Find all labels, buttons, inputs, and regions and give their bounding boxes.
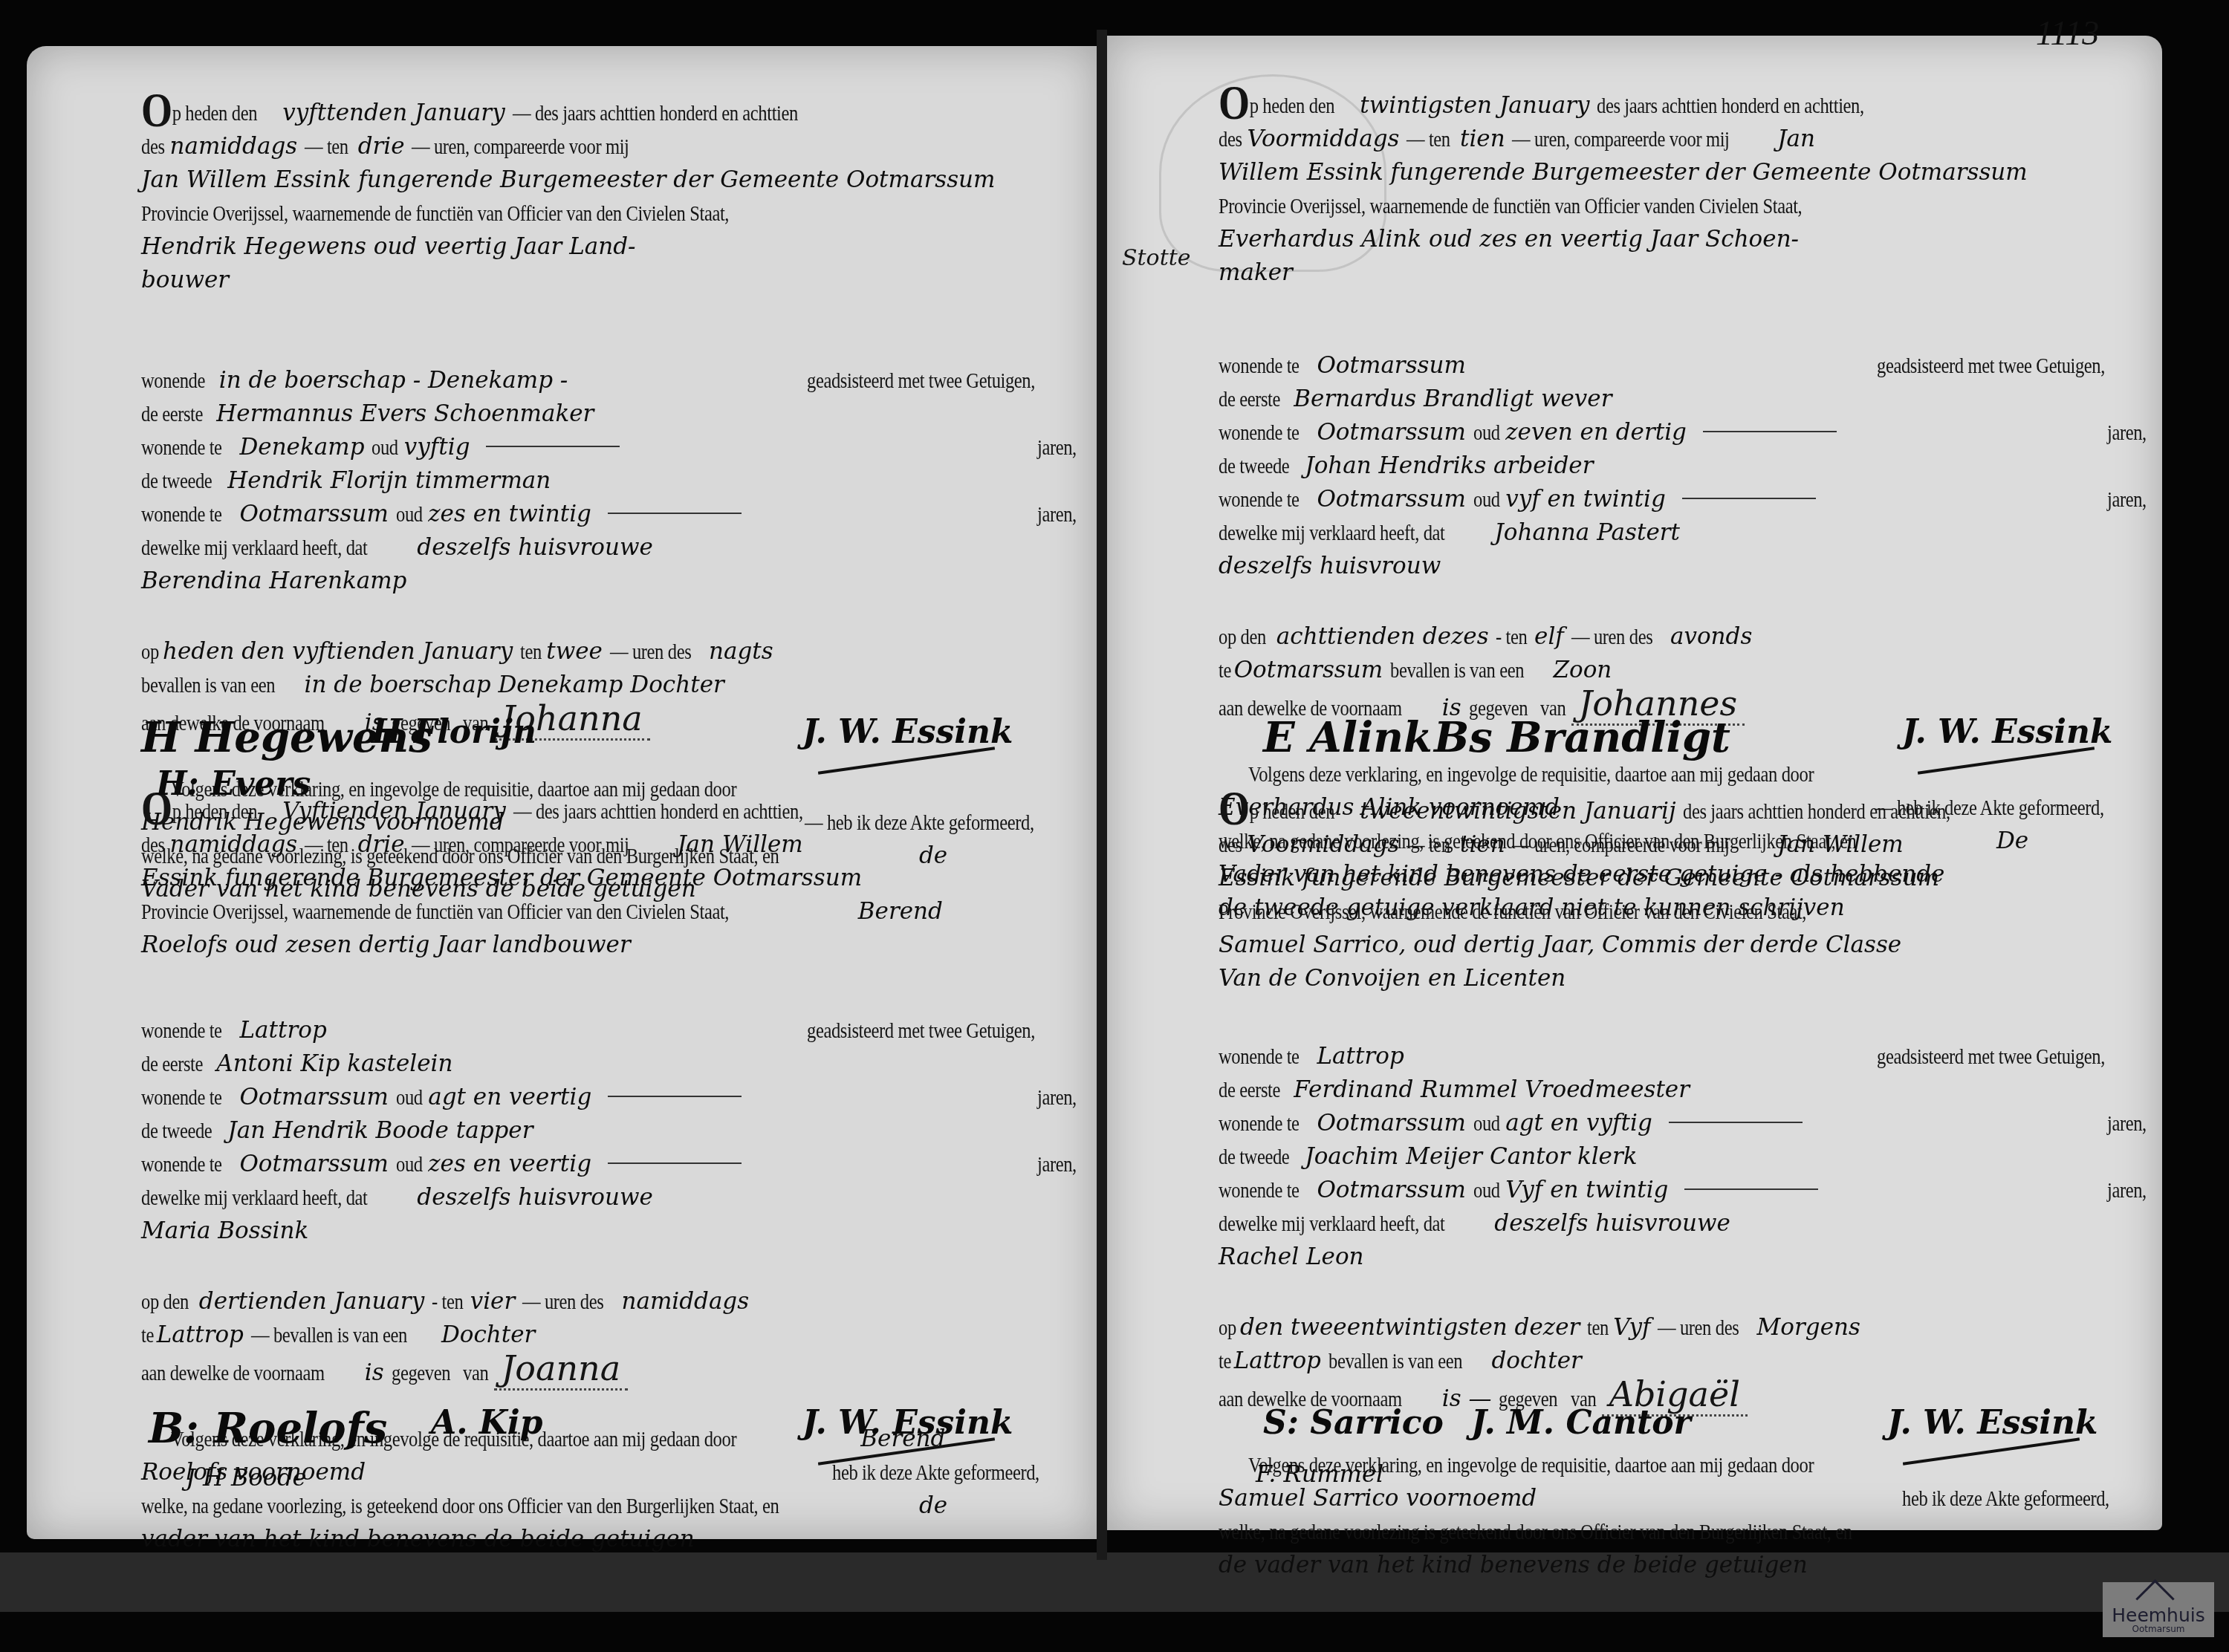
printed-text: wonende te [1219, 1107, 1300, 1140]
printed-text: jaren, [1037, 1148, 1077, 1181]
residence-line: wonende te Lattrop geadsisteerd met twee… [141, 1014, 1085, 1047]
closing-line-4: de vader van het kind benevens de beide … [1219, 1549, 2155, 1582]
act-header-line: Essink fungerende Burgemeester der Gemee… [141, 862, 1085, 895]
handwritten-text: twintigsten January [1360, 92, 1597, 119]
handwritten-text: Morgens [1757, 1314, 1860, 1341]
printed-text: geadsisteerd met twee Getuigen, [807, 1014, 1035, 1047]
fill-line [1682, 498, 1816, 499]
handwritten-text: drie [358, 831, 412, 858]
witness-name: Hendrik Florijn timmerman [227, 467, 551, 494]
printed-text: dewelke mij verklaard heeft, dat [141, 531, 367, 565]
birth-line1: op den achttienden dezes - ten elf — ure… [1219, 620, 2155, 654]
printed-text: jaren, [1037, 431, 1077, 464]
handwritten-text: heden den vyftienden January [163, 638, 520, 665]
birth-line3: aan dewelke de voornaam is gegeven van J… [141, 1352, 1085, 1385]
act-header-line: Roelofs oud zesen dertig Jaar landbouwer [141, 929, 1085, 962]
fill-line [608, 1162, 742, 1164]
printed-text: wonende te [1219, 1174, 1300, 1207]
printed-text: jaren, [2107, 416, 2147, 449]
act-header-line: Op heden den tweeentwintigsten Januarij … [1219, 795, 2155, 828]
printed-text: — uren des [1571, 620, 1652, 654]
printed-text: oud [396, 1081, 423, 1114]
printed-text: geadsisteerd met twee Getuigen, [1877, 349, 2105, 383]
residence-line: wonende te Ootmarssum geadsisteerd met t… [1219, 349, 2155, 383]
closing-line-3: welke, na gedane voorlezing, is geteeken… [141, 1489, 1085, 1523]
handwritten-text: Van de Convoijen en Licenten [1219, 965, 1566, 992]
handwritten-text: Ootmarssum [1234, 657, 1390, 683]
printed-text: — ten [1406, 828, 1450, 862]
printed-text: wonende te [1219, 483, 1300, 516]
handwritten-text: Samuel Sarrico, oud dertig Jaar, Commis … [1219, 931, 1901, 958]
witness-first-residence: wonende te Denekamp oud vyftig jaren, [141, 431, 1085, 464]
handwritten-text: Lattrop [157, 1321, 251, 1348]
declaration-line: dewelke mij verklaard heeft, dat deszelf… [141, 1181, 1085, 1214]
witness-second-residence: wonende te Ootmarssum oud vyf en twintig… [1219, 483, 2155, 516]
handwritten-residence: in de boerschap - Denekamp - [219, 367, 568, 394]
signature: S: Sarrico [1263, 1404, 1444, 1442]
printed-text: — uren des [522, 1285, 603, 1318]
printed-text: de eerste [1219, 383, 1280, 416]
printed-text: geadsisteerd met twee Getuigen, [1877, 1040, 2105, 1073]
printed-text: heb ik deze Akte geformeerd, [832, 1456, 1039, 1489]
handwritten-text: Jan Willem [677, 831, 803, 858]
printed-text: — uren, compareerde voor mij [412, 828, 629, 862]
birth-line2: te Lattrop bevallen is van een dochter [1219, 1344, 2155, 1378]
printed-text: jaren, [2107, 483, 2147, 516]
printed-text: de tweede [1219, 1140, 1289, 1174]
printed-text: oud [396, 498, 423, 531]
witness-place: Ootmarssum [1317, 486, 1473, 513]
printed-text: oud [371, 431, 398, 464]
printed-text: Volgens deze verklaring, en ingevolge de… [1248, 758, 1814, 791]
printed-text: des [1219, 123, 1242, 156]
act-header-line: Op heden den vyfttenden January — des ja… [141, 97, 1085, 130]
witness-age: vyftig [404, 434, 478, 461]
act-header-line: Essink fungerende Burgemeester der Gemee… [1219, 862, 2155, 895]
act-header-line: Samuel Sarrico, oud dertig Jaar, Commis … [1219, 929, 2155, 962]
act-header-line: des Voormiddags — ten tien — uren, compa… [1219, 123, 2155, 156]
printed-text: dewelke mij verklaard heeft, dat [1219, 516, 1444, 550]
witness-place: Ootmarssum [1317, 1177, 1473, 1203]
handwritten-text: namiddags [170, 133, 305, 160]
declaration-line: dewelke mij verklaard heeft, dat deszelf… [1219, 1207, 2155, 1240]
handwritten-text: Zoon [1554, 657, 1612, 683]
witness-name: Johan Hendriks arbeider [1305, 452, 1593, 479]
printed-text: heb ik deze Akte geformeerd, [1902, 1482, 2109, 1515]
printed-text: bevallen is van een [1390, 654, 1524, 687]
printed-text: de tweede [1219, 449, 1289, 483]
printed-text: ten [1587, 1311, 1609, 1344]
printed-text: wonende te [1219, 349, 1300, 383]
printed-text: Provincie Overijssel, waarnemende de fun… [1219, 895, 1806, 929]
handwritten-residence: Lattrop [1317, 1043, 1404, 1070]
signature: J. W. Essink [1887, 1404, 2098, 1442]
act-header-line: bouwer [141, 264, 1085, 297]
residence-line: wonende in de boerschap - Denekamp - gea… [141, 364, 1085, 397]
witness-first: de eerste Antoni Kip kastelein [141, 1047, 1085, 1081]
mother-line: deszelfs huisvrouw [1219, 550, 2155, 583]
handwritten-text: maker [1219, 259, 1293, 286]
act-header-line: Op heden den twintigsten January des jaa… [1219, 89, 2155, 123]
printed-text: de eerste [1219, 1073, 1280, 1107]
witness-first: de eerste Bernardus Brandligt wever [1219, 383, 2155, 416]
handwritten-text: de vader van het kind benevens de beide … [1219, 1552, 1808, 1578]
printed-text: de eerste [141, 397, 203, 431]
witness-place: Ootmarssum [1317, 1110, 1473, 1136]
printed-text: des [141, 828, 165, 862]
act-header-line: Provincie Overijssel, waarnemende de fun… [1219, 895, 2155, 929]
handwritten-text: Jan [1777, 126, 1815, 152]
printed-text: - ten [432, 1285, 463, 1318]
witness-name: Hermannus Evers Schoenmaker [216, 400, 594, 427]
printed-text: gegeven [392, 1356, 450, 1390]
witness-second-residence: wonende te Ootmarssum oud zes en veertig… [141, 1148, 1085, 1181]
logo-name: Heemhuis [2103, 1604, 2214, 1626]
witness-age: zes en veertig [428, 1151, 599, 1177]
printed-text: oud [396, 1148, 423, 1181]
printed-text: welke, na gedane voorlezing, is geteeken… [141, 1489, 779, 1523]
printed-text: te [1219, 1344, 1231, 1378]
birth-line1: op den tweeentwintigsten dezer ten Vyf —… [1219, 1311, 2155, 1344]
witness-name: Ferdinand Rummel Vroedmeester [1294, 1076, 1690, 1103]
handwritten-text: namiddags [621, 1288, 749, 1315]
signature: H Florijn [371, 713, 536, 751]
closing-line-3: welke, na gedane voorlezing is geteekend… [1219, 1515, 2155, 1549]
witness-age: agt en veertig [428, 1084, 599, 1110]
printed-text: - ten [1496, 620, 1527, 654]
act-header-line: Everhardus Alink oud zes en veertig Jaar… [1219, 223, 2155, 256]
printed-text: oud [1473, 416, 1500, 449]
printed-text: wonende [141, 364, 205, 397]
signature: A. Kip [431, 1404, 543, 1442]
printed-text: — ten [305, 130, 348, 163]
declaration-line: dewelke mij verklaard heeft, dat deszelf… [141, 531, 1085, 565]
handwritten-text: Roelofs oud zesen dertig Jaar landbouwer [141, 931, 631, 958]
signature: J H Boode [186, 1463, 307, 1492]
printed-text: te [141, 1318, 154, 1352]
handwritten-text: nagts [709, 638, 773, 665]
printed-text: jaren, [2107, 1174, 2147, 1207]
handwritten-text: Essink fungerende Burgemeester der Gemee… [1219, 865, 1939, 891]
printed-text: Provincie Overijssel, waarnemende de fun… [141, 895, 729, 929]
birth-line1: op den dertienden January - ten vier — u… [141, 1285, 1085, 1318]
witness-second-residence: wonende te Ootmarssum oud Vyf en twintig… [1219, 1174, 2155, 1207]
printed-text: op [1219, 1311, 1236, 1344]
mother-line: Rachel Leon [1219, 1240, 2155, 1274]
printed-text: wonende te [141, 1014, 222, 1047]
printed-text: — ten [305, 828, 348, 862]
witness-age: zeven en dertig [1505, 419, 1694, 446]
mother-name: deszelfs huisvrouw [1219, 553, 1441, 579]
printed-text: op den [141, 1285, 189, 1318]
handwritten-text: deszelfs huisvrouwe [417, 1184, 653, 1211]
witness-second: de tweede Hendrik Florijn timmerman [141, 464, 1085, 498]
declaration-line: dewelke mij verklaard heeft, dat Johanna… [1219, 516, 2155, 550]
signature: J. W. Essink [1902, 713, 2113, 751]
printed-text: — bevallen is van een [251, 1318, 407, 1352]
mother-line: Maria Bossink [141, 1214, 1085, 1248]
handwritten-text: bouwer [141, 267, 229, 293]
witness-age: zes en twintig [428, 501, 599, 527]
act-header-line: des namiddags — ten drie — uren, compare… [141, 130, 1085, 163]
fill-line [1684, 1188, 1818, 1190]
printed-text: — des jaars achttien honderd en achttien… [513, 795, 803, 828]
declarant-name: Samuel Sarrico voornoemd [1219, 1485, 1537, 1512]
printed-text: wonende te [1219, 1040, 1300, 1073]
signature: J. W. Essink [802, 1404, 1013, 1442]
printed-text: bevallen is van een [1328, 1344, 1462, 1378]
printed-text: — uren des [610, 635, 691, 669]
printed-text: op den [1219, 620, 1266, 654]
margin-note: Stotte [1122, 245, 1191, 271]
witness-name: Antoni Kip kastelein [216, 1050, 452, 1077]
residence-line: wonende te Lattrop geadsisteerd met twee… [1219, 1040, 2155, 1073]
signature: H: Evers [156, 765, 311, 803]
act-header-line: Provincie Overijssel, waarnemende de fun… [141, 197, 1085, 230]
printed-text: Op heden den [141, 97, 257, 130]
handwritten-text: elf [1534, 623, 1571, 650]
printed-text: oud [1473, 1107, 1500, 1140]
printed-text: Op heden den [1219, 795, 1334, 828]
witness-place: Ootmarssum [239, 1084, 395, 1110]
mother-name: Rachel Leon [1219, 1243, 1364, 1270]
witness-age: agt en vyftig [1505, 1110, 1659, 1136]
heemhuis-logo: Heemhuis Ootmarsum [2103, 1582, 2214, 1637]
handwritten-text: den tweeentwintigsten dezer [1240, 1314, 1587, 1341]
handwritten-text: tien [1460, 831, 1513, 858]
printed-text: — uren, compareerde voor mij [1512, 123, 1729, 156]
printed-text: dewelke mij verklaard heeft, dat [1219, 1207, 1444, 1240]
printed-text: wonende te [141, 1081, 222, 1114]
printed-text: Provincie Overijssel, waarnemende de fun… [1219, 189, 1802, 223]
signature: F. Rummel [1256, 1460, 1383, 1488]
birth-line2: te Ootmarssum bevallen is van een Zoon [1219, 654, 2155, 687]
signature: Bs Brandligt [1434, 713, 1730, 762]
printed-text: des jaars achttien honderd en achttien, [1597, 89, 1864, 123]
printed-text: wonende te [141, 1148, 222, 1181]
handwritten-text: Vyf [1613, 1314, 1658, 1341]
folio-number: 1113 [2036, 13, 2099, 53]
printed-text: van [463, 1356, 488, 1390]
handwritten-residence: Lattrop [239, 1017, 326, 1044]
printed-text: Provincie Overijssel, waarnemende de fun… [141, 197, 729, 230]
printed-text: — ten [1406, 123, 1450, 156]
act-header-line: Provincie Overijssel, waarnemende de fun… [1219, 189, 2155, 223]
handwritten-text: vyfttenden January [282, 100, 512, 126]
handwritten-text: Jan Willem Essink fungerende Burgemeeste… [141, 166, 995, 193]
signature: E Alink [1263, 713, 1433, 762]
closing-line-1: Volgens deze verklaring, en ingevolge de… [1219, 758, 2155, 791]
act-header-line: Van de Convoijen en Licenten [1219, 962, 2155, 995]
witness-age: Vyf en twintig [1505, 1177, 1675, 1203]
mother-name: Maria Bossink [141, 1217, 308, 1244]
printed-text: — des jaars achttien honderd en achttien [513, 97, 798, 130]
handwritten-text: Essink fungerende Burgemeester der Gemee… [141, 865, 862, 891]
mother-line: Berendina Harenkamp [141, 565, 1085, 598]
act-header-line: Provincie Overijssel, waarnemende de fun… [141, 895, 1085, 929]
fill-line [1669, 1122, 1803, 1123]
handwritten-text: de [919, 1492, 947, 1519]
printed-text: — uren, compareerde voor mij [1512, 828, 1729, 862]
handwritten-text: Berend [858, 898, 943, 925]
act-header-line: Jan Willem Essink fungerende Burgemeeste… [141, 163, 1085, 197]
witness-place: Ootmarssum [239, 1151, 395, 1177]
printed-text: wonende te [141, 498, 222, 531]
handwritten-text: namiddags [170, 831, 305, 858]
handwritten-text: avonds [1670, 623, 1752, 650]
printed-text: des [141, 130, 165, 163]
handwritten-text: Johanna Pastert [1494, 519, 1680, 546]
handwritten-text: Voormiddags [1247, 831, 1407, 858]
handwritten-text: achttienden dezes [1276, 623, 1496, 650]
witness-first-residence: wonende te Ootmarssum oud zeven en derti… [1219, 416, 2155, 449]
printed-text: — uren, compareerde voor mij [412, 130, 629, 163]
witness-second: de tweede Johan Hendriks arbeider [1219, 449, 2155, 483]
printed-text: des jaars achttien honderd en achttien, [1683, 795, 1950, 828]
printed-text: oud [1473, 483, 1500, 516]
closing-line-4: vader van het kind benevens de beide get… [141, 1523, 1085, 1556]
handwritten-text: Dochter [630, 671, 724, 698]
handwritten-text: Vyftienden January [282, 798, 513, 825]
child-name: Joanna [494, 1348, 628, 1391]
act-header-line: Hendrik Hegewens oud veertig Jaar Land- [141, 230, 1085, 264]
witness-second: de tweede Jan Hendrik Boode tapper [141, 1114, 1085, 1148]
witness-age: vyf en twintig [1505, 486, 1672, 513]
signature: B: Roelofs [149, 1404, 387, 1453]
printed-text: geadsisteerd met twee Getuigen, [807, 364, 1035, 397]
handwritten-text: tien [1460, 126, 1513, 152]
handwritten-text: vier [470, 1288, 522, 1315]
printed-text: oud [1473, 1174, 1500, 1207]
printed-text: jaren, [2107, 1107, 2147, 1140]
printed-text: dewelke mij verklaard heeft, dat [141, 1181, 367, 1214]
witness-first-residence: wonende te Ootmarssum oud agt en veertig… [141, 1081, 1085, 1114]
mother-name: Berendina Harenkamp [141, 568, 406, 594]
fill-line [608, 1096, 742, 1097]
handwritten-text: deszelfs huisvrouwe [1494, 1210, 1730, 1237]
fill-line [486, 446, 620, 447]
handwritten-text: tweeentwintigsten Januarij [1360, 798, 1683, 825]
witness-name: Jan Hendrik Boode tapper [227, 1117, 533, 1144]
fill-line [608, 513, 742, 514]
handwritten-text: Willem Essink fungerende Burgemeester de… [1219, 159, 2028, 186]
handwritten-text: dochter [1491, 1347, 1581, 1374]
handwritten-text: vader van het kind benevens de beide get… [141, 1526, 695, 1552]
witness-place: Ootmarssum [239, 501, 395, 527]
printed-text: wonende te [1219, 416, 1300, 449]
fill-line [1703, 431, 1837, 432]
witness-name: Joachim Meijer Cantor klerk [1305, 1143, 1637, 1170]
handwritten-text: in de boerschap Denekamp [305, 671, 631, 698]
printed-text: Op heden den [1219, 89, 1334, 123]
printed-text: aan dewelke de voornaam [141, 1356, 325, 1390]
logo-place: Ootmarsum [2103, 1624, 2214, 1634]
witness-first-residence: wonende te Ootmarssum oud agt en vyftig … [1219, 1107, 2155, 1140]
witness-place: Denekamp [239, 434, 371, 461]
birth-line1: op heden den vyftienden January ten twee… [141, 635, 1085, 669]
witness-second: de tweede Joachim Meijer Cantor klerk [1219, 1140, 2155, 1174]
handwritten-text: Everhardus Alink oud zes en veertig Jaar… [1219, 226, 1799, 253]
printed-text: op [141, 635, 159, 669]
printed-text: jaren, [1037, 498, 1077, 531]
act-header-line: des namiddags — ten drie — uren, compare… [141, 828, 1085, 862]
printed-text: des [1219, 828, 1242, 862]
printed-text: jaren, [1037, 1081, 1077, 1114]
handwritten-text: deszelfs huisvrouwe [417, 534, 653, 561]
witness-name: Bernardus Brandligt wever [1294, 386, 1612, 412]
handwritten-text: Jan Willem [1777, 831, 1904, 858]
handwritten-text: Hendrik Hegewens oud veertig Jaar Land- [141, 233, 636, 260]
handwritten-text: drie [358, 133, 412, 160]
birth-line2: bevallen is van een in de boerschap Dene… [141, 669, 1085, 702]
printed-text: wonende te [141, 431, 222, 464]
handwritten-text: dertienden January [199, 1288, 432, 1315]
signature: J. M. Cantor [1471, 1404, 1691, 1442]
act-header-line: Willem Essink fungerende Burgemeester de… [1219, 156, 2155, 189]
printed-text: de tweede [141, 1114, 212, 1148]
printed-text: ten [520, 635, 542, 669]
birth-line2: te Lattrop — bevallen is van een Dochter [141, 1318, 1085, 1352]
handwritten-text: Dochter [441, 1321, 535, 1348]
printed-text: welke, na gedane voorlezing is geteekend… [1219, 1515, 1852, 1549]
printed-text: — uren des [1658, 1311, 1739, 1344]
witness-first: de eerste Hermannus Evers Schoenmaker [141, 397, 1085, 431]
act-header-line: maker [1219, 256, 2155, 290]
act-header-line: des Voormiddags — ten tien — uren, compa… [1219, 828, 2155, 862]
printed-text: te [1219, 654, 1231, 687]
witness-place: Ootmarssum [1317, 419, 1473, 446]
handwritten-text: Voormiddags [1247, 126, 1407, 152]
handwritten-text: twee [546, 638, 610, 665]
handwritten-residence: Ootmarssum [1317, 352, 1465, 379]
witness-second-residence: wonende te Ootmarssum oud zes en twintig… [141, 498, 1085, 531]
signature: J. W. Essink [802, 713, 1013, 751]
book-gutter [1097, 30, 1107, 1560]
witness-first: de eerste Ferdinand Rummel Vroedmeester [1219, 1073, 2155, 1107]
printed-text: de eerste [141, 1047, 203, 1081]
handwritten-text: is [365, 1359, 392, 1386]
printed-text: de tweede [141, 464, 212, 498]
printed-text: bevallen is van een [141, 669, 275, 702]
handwritten-text: Lattrop [1234, 1347, 1328, 1374]
